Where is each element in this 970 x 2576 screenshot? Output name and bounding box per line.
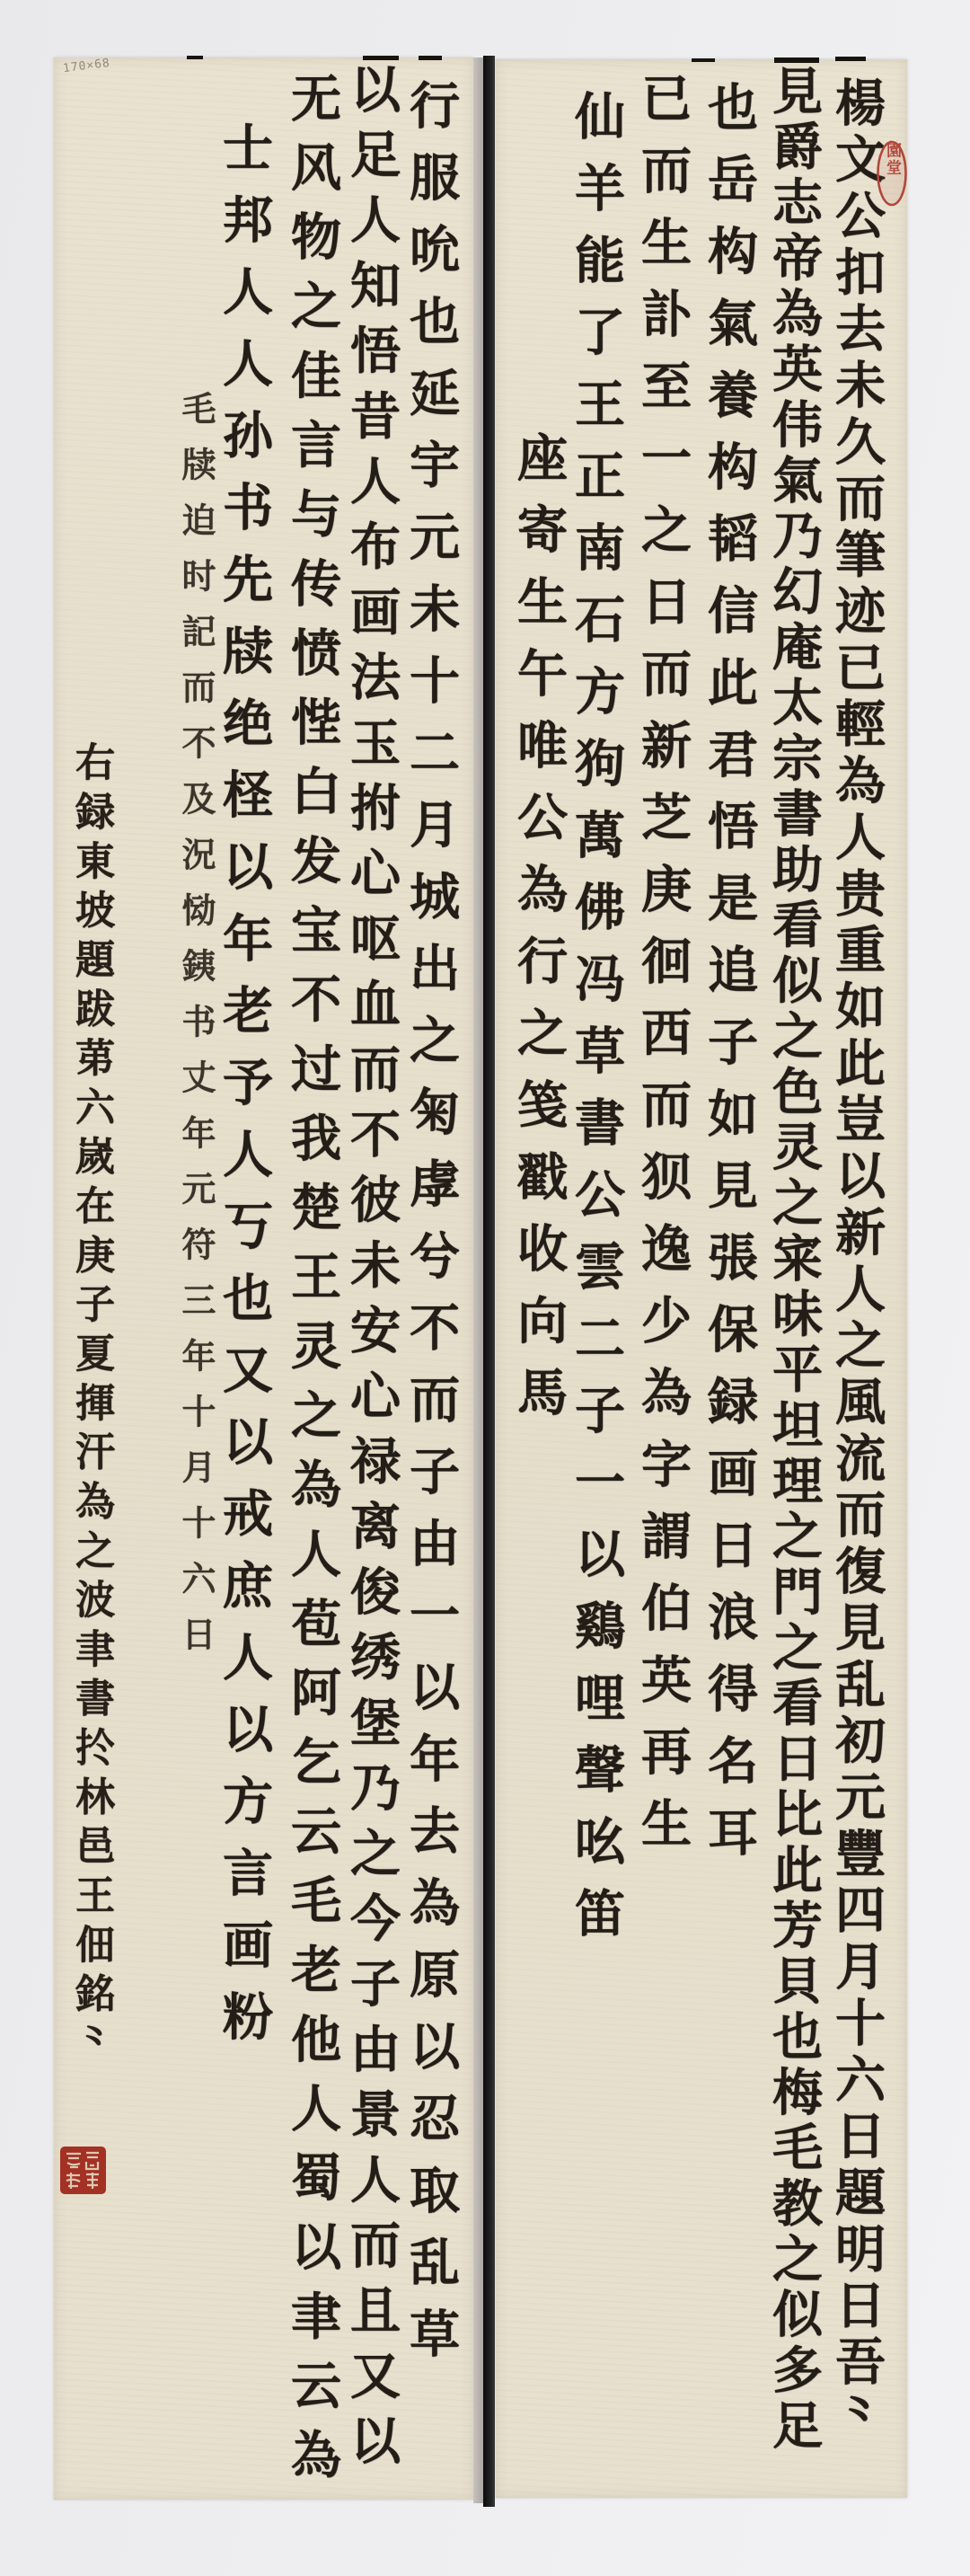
- calligraphy-column-left-1: 行服吮也延宇元未十二月城出之匊虖兮不而子由一以年去為原以忍取乱草: [402, 79, 460, 2487]
- paper-edge-mark: [692, 58, 715, 62]
- panel-divider-gray-strip: [473, 58, 483, 2503]
- calligraphy-column-small-date: 毛牍迫时記而不及況恸銕书丈年元符三年十月十六日: [172, 391, 219, 1779]
- calligraphy-column-right-2: 見爵志帝為英伟氣乃幻庵太宗書助看似之色灵之宷味平坦理之門之看日比此芳貝也梅毛教之…: [765, 65, 823, 2455]
- calligraphy-column-right-4: 已而生訃至一之日而新芝庚徊西而狈逸少為字謂伯英再生: [634, 72, 692, 2426]
- paper-edge-mark: [774, 58, 819, 63]
- oval-seal: 竹園堂: [877, 140, 907, 207]
- photo-backdrop: 170×68 楊文公扣去未久而筆迹已輕為人贵重如此豈以新人之風流而復見乱初元豐四…: [0, 0, 970, 2576]
- paper-edge-mark: [187, 56, 203, 59]
- square-seal: [59, 2146, 107, 2195]
- calligraphy-column-left-4: 士邦人人孙书先牍绝柽以年老予人丂也又以戒庶人以方言画粉: [216, 121, 273, 2475]
- paper-edge-mark: [835, 57, 866, 61]
- oval-seal-text: 竹園堂: [883, 140, 902, 177]
- calligraphy-column-right-1: 楊文公扣去未久而筆迹已輕為人贵重如此豈以新人之風流而復見乱初元豐四月十六日題明日…: [828, 76, 886, 2448]
- calligraphy-column-right-5: 仙羊能了王正南石方狗萬佛冯草書公雲二子一以鷄哩聲吆笛: [568, 90, 625, 2444]
- calligraphy-column-right-3: 也岳构氣養构韬信此君悟是追子如見張保録画日浪得名耳: [701, 81, 758, 2417]
- calligraphy-column-right-6: 座寄生午唯公為行之笺戳收向馬: [510, 431, 568, 2489]
- panel-divider-black-bar: [483, 56, 495, 2507]
- calligraphy-column-left-2: 以足人知悟昔人布画法玉拊心呕血而不彼未安心禄离俊绣堡乃之今子由景人而且又以: [343, 63, 401, 2480]
- paper-edge-mark: [363, 56, 399, 60]
- calligraphy-column-colophon: 右録東坡題跋苐六嵗在庚子夏揮汗為之波聿書扵林邑王佃銘⺀: [65, 741, 117, 2071]
- calligraphy-column-left-3: 无风物之佳言与传愤悂白发宝不过我楚王灵之為人苞阿乞云毛老他人蜀以聿云為: [284, 72, 341, 2498]
- paper-edge-mark: [419, 56, 442, 60]
